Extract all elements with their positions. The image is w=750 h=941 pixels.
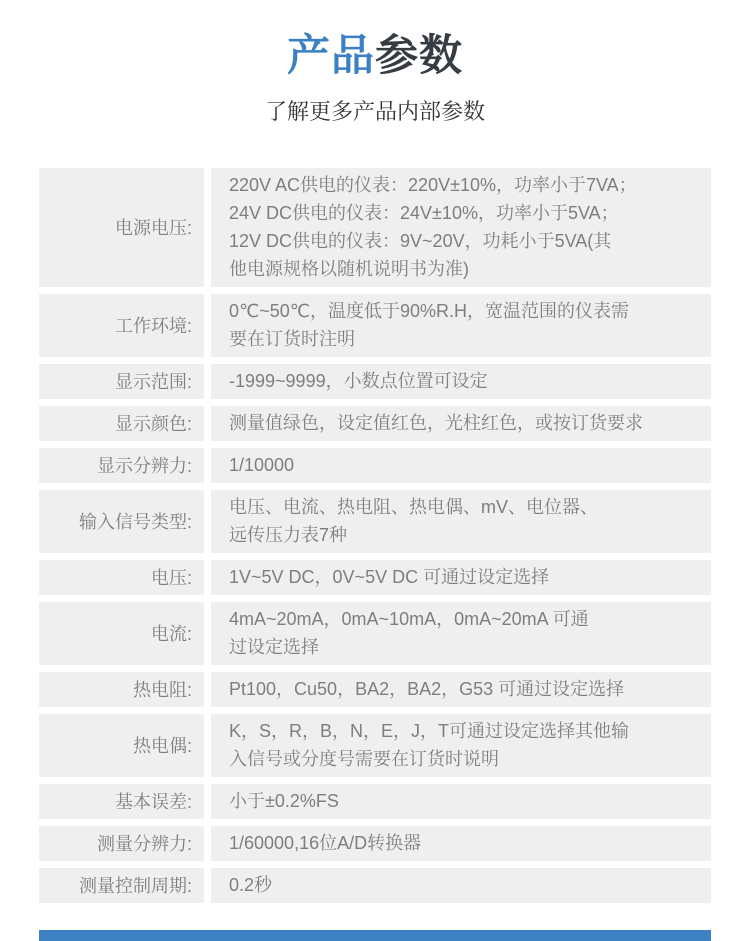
spec-value: 4mA~20mA，0mA~10mA，0mA~20mA 可通 过设定选择	[211, 602, 711, 665]
spec-value: 1V~5V DC，0V~5V DC 可通过设定选择	[211, 560, 711, 595]
spec-value: 0.2秒	[211, 868, 711, 903]
spec-row: 电源电压:220V AC供电的仪表：220V±10%，功率小于7VA； 24V …	[39, 168, 711, 287]
spec-value: Pt100，Cu50，BA2，BA2，G53 可通过设定选择	[211, 672, 711, 707]
spec-row: 热电偶:K，S，R，B，N，E，J，T可通过设定选择其他输 入信号或分度号需要在…	[39, 714, 711, 777]
spec-row: 基本误差:小于±0.2%FS	[39, 784, 711, 819]
spec-value: 1/10000	[211, 448, 711, 483]
spec-value: 电压、电流、热电阻、热电偶、mV、电位器、 远传压力表7种	[211, 490, 711, 553]
spec-label: 输入信号类型:	[39, 490, 204, 553]
spec-value: 220V AC供电的仪表：220V±10%，功率小于7VA； 24V DC供电的…	[211, 168, 711, 287]
spec-label: 显示颜色:	[39, 406, 204, 441]
spec-value: K，S，R，B，N，E，J，T可通过设定选择其他输 入信号或分度号需要在订货时说…	[211, 714, 711, 777]
page-title-accent: 产品	[287, 32, 375, 80]
bottom-section-divider	[39, 930, 711, 941]
spec-row: 显示颜色:测量值绿色，设定值红色，光柱红色，或按订货要求	[39, 406, 711, 441]
spec-value: 测量值绿色，设定值红色，光柱红色，或按订货要求	[211, 406, 711, 441]
spec-label: 测量控制周期:	[39, 868, 204, 903]
spec-row: 测量分辨力:1/60000,16位A/D转换器	[39, 826, 711, 861]
page-header: 产品参数 了解更多产品内部参数	[0, 0, 750, 127]
spec-label: 电流:	[39, 602, 204, 665]
page-title: 产品参数	[0, 31, 750, 81]
spec-row: 测量控制周期:0.2秒	[39, 868, 711, 903]
spec-value: -1999~9999，小数点位置可设定	[211, 364, 711, 399]
spec-table: 电源电压:220V AC供电的仪表：220V±10%，功率小于7VA； 24V …	[39, 168, 711, 910]
page-title-main: 参数	[375, 32, 463, 80]
spec-row: 显示分辨力:1/10000	[39, 448, 711, 483]
spec-label: 电压:	[39, 560, 204, 595]
spec-row: 工作环境:0℃~50℃，温度低于90%R.H，宽温范围的仪表需 要在订货时注明	[39, 294, 711, 357]
spec-row: 电压:1V~5V DC，0V~5V DC 可通过设定选择	[39, 560, 711, 595]
spec-row: 输入信号类型:电压、电流、热电阻、热电偶、mV、电位器、 远传压力表7种	[39, 490, 711, 553]
spec-label: 电源电压:	[39, 168, 204, 287]
spec-label: 测量分辨力:	[39, 826, 204, 861]
spec-label: 显示分辨力:	[39, 448, 204, 483]
spec-label: 热电阻:	[39, 672, 204, 707]
spec-value: 1/60000,16位A/D转换器	[211, 826, 711, 861]
spec-row: 热电阻:Pt100，Cu50，BA2，BA2，G53 可通过设定选择	[39, 672, 711, 707]
spec-label: 热电偶:	[39, 714, 204, 777]
spec-label: 基本误差:	[39, 784, 204, 819]
spec-value: 小于±0.2%FS	[211, 784, 711, 819]
spec-label: 显示范围:	[39, 364, 204, 399]
page-subtitle: 了解更多产品内部参数	[0, 97, 750, 127]
spec-row: 显示范围:-1999~9999，小数点位置可设定	[39, 364, 711, 399]
spec-value: 0℃~50℃，温度低于90%R.H，宽温范围的仪表需 要在订货时注明	[211, 294, 711, 357]
spec-label: 工作环境:	[39, 294, 204, 357]
spec-row: 电流:4mA~20mA，0mA~10mA，0mA~20mA 可通 过设定选择	[39, 602, 711, 665]
